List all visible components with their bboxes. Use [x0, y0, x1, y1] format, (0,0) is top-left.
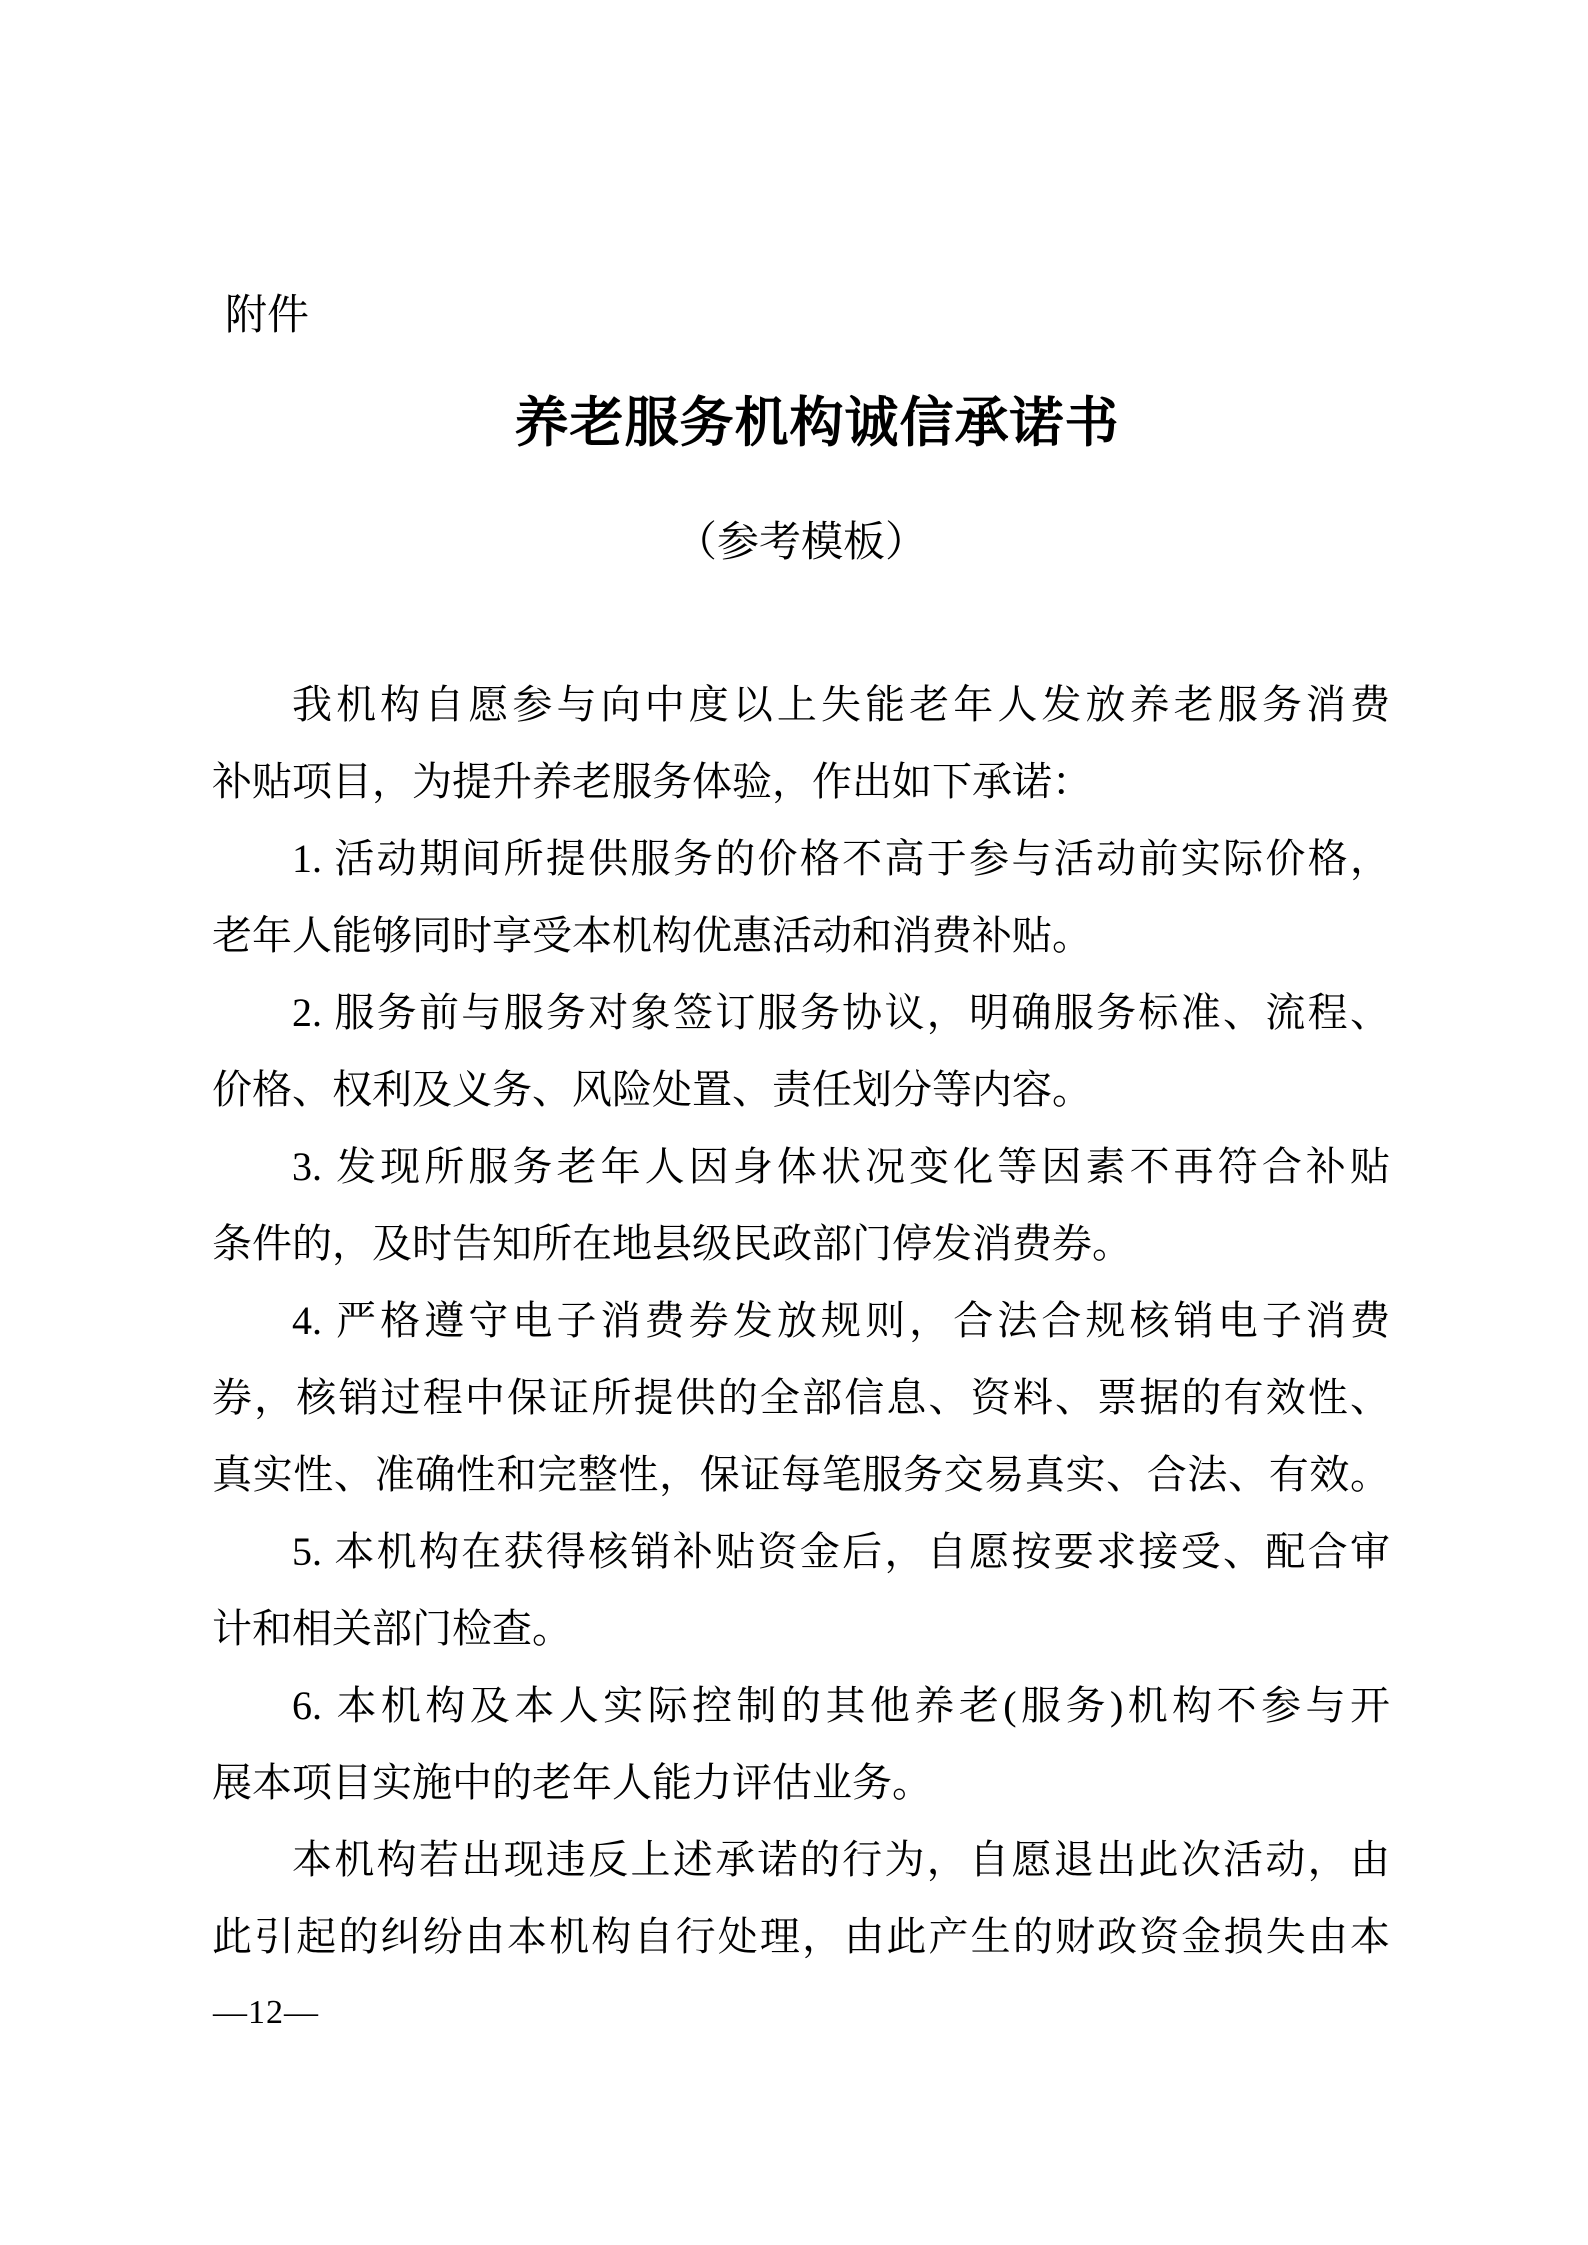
body-line: 补贴项目，为提升养老服务体验，作出如下承诺： [212, 743, 1390, 820]
body-line: 老年人能够同时享受本机构优惠活动和消费补贴。 [212, 897, 1390, 974]
body-line: 条件的，及时告知所在地县级民政部门停发消费券。 [212, 1205, 1390, 1282]
document-subtitle: （参考模板） [212, 522, 1390, 564]
body-line: 展本项目实施中的老年人能力评估业务。 [212, 1744, 1390, 1821]
document-title: 养老服务机构诚信承诺书 [228, 396, 1406, 450]
body-line: 3. 发现所服务老年人因身体状况变化等因素不再符合补贴 [212, 1128, 1390, 1205]
body-line: 计和相关部门检查。 [212, 1590, 1390, 1667]
document-body: 我机构自愿参与向中度以上失能老年人发放养老服务消费 补贴项目，为提升养老服务体验… [212, 666, 1390, 1975]
body-line: 5. 本机构在获得核销补贴资金后，自愿按要求接受、配合审 [212, 1513, 1390, 1590]
body-line: 券，核销过程中保证所提供的全部信息、资料、票据的有效性、 [212, 1359, 1390, 1436]
body-line: 6. 本机构及本人实际控制的其他养老(服务)机构不参与开 [212, 1667, 1390, 1744]
body-line: 此引起的纠纷由本机构自行处理，由此产生的财政资金损失由本 [212, 1898, 1390, 1975]
body-line: 1. 活动期间所提供服务的价格不高于参与活动前实际价格， [212, 820, 1390, 897]
body-line: 本机构若出现违反上述承诺的行为，自愿退出此次活动，由 [212, 1821, 1390, 1898]
body-line: 2. 服务前与服务对象签订服务协议，明确服务标准、流程、 [212, 974, 1390, 1051]
attachment-label: 附件 [225, 294, 309, 336]
page-number: —12— [213, 1996, 319, 2030]
body-line: 价格、权利及义务、风险处置、责任划分等内容。 [212, 1051, 1390, 1128]
document-page: 附件 养老服务机构诚信承诺书 （参考模板） 我机构自愿参与向中度以上失能老年人发… [0, 0, 1588, 2245]
body-line: 我机构自愿参与向中度以上失能老年人发放养老服务消费 [212, 666, 1390, 743]
body-line: 真实性、准确性和完整性，保证每笔服务交易真实、合法、有效。 [212, 1436, 1390, 1513]
body-line: 4. 严格遵守电子消费券发放规则，合法合规核销电子消费 [212, 1282, 1390, 1359]
